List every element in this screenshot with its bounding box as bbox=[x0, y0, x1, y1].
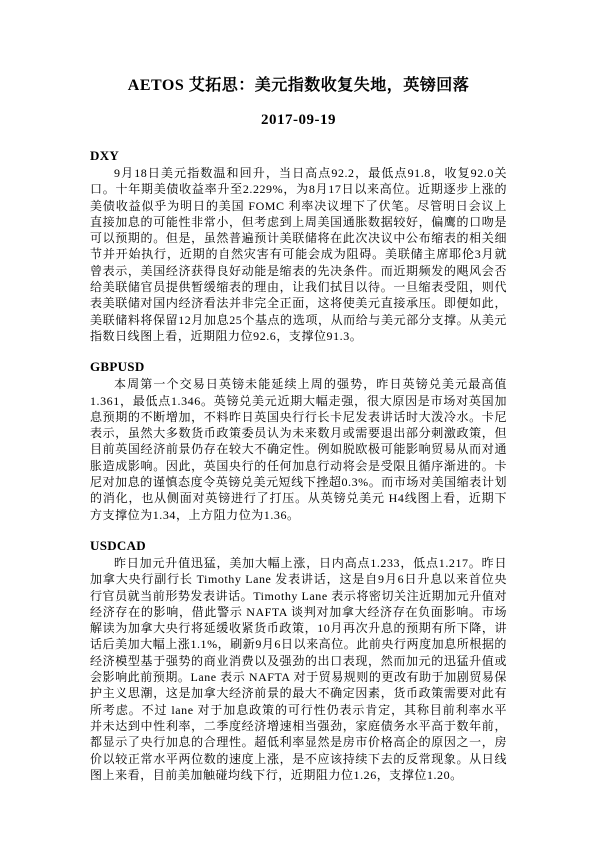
section-body-usdcad: 昨日加元升值迅猛，美加大幅上涨，日内高点1.233，低点1.217。昨日加拿大央… bbox=[90, 555, 507, 783]
page-title: AETOS 艾拓思：美元指数收复失地，英镑回落 bbox=[90, 76, 507, 96]
section-usdcad: USDCAD 昨日加元升值迅猛，美加大幅上涨，日内高点1.233，低点1.217… bbox=[90, 538, 507, 783]
document-page: AETOS 艾拓思：美元指数收复失地，英镑回落 2017-09-19 DXY 9… bbox=[0, 0, 595, 842]
section-heading-dxy: DXY bbox=[90, 148, 507, 163]
section-heading-gbpusd: GBPUSD bbox=[90, 359, 507, 374]
section-body-dxy: 9月18日美元指数温和回升，当日高点92.2，最低点91.8，收复92.0关口。… bbox=[90, 165, 507, 344]
section-dxy: DXY 9月18日美元指数温和回升，当日高点92.2，最低点91.8，收复92.… bbox=[90, 148, 507, 344]
section-heading-usdcad: USDCAD bbox=[90, 538, 507, 553]
section-gbpusd: GBPUSD 本周第一个交易日英镑未能延续上周的强势，昨日英镑兑美元最高值1.3… bbox=[90, 359, 507, 523]
section-body-gbpusd: 本周第一个交易日英镑未能延续上周的强势，昨日英镑兑美元最高值1.361，最低点1… bbox=[90, 376, 507, 523]
document-date: 2017-09-19 bbox=[90, 111, 507, 129]
